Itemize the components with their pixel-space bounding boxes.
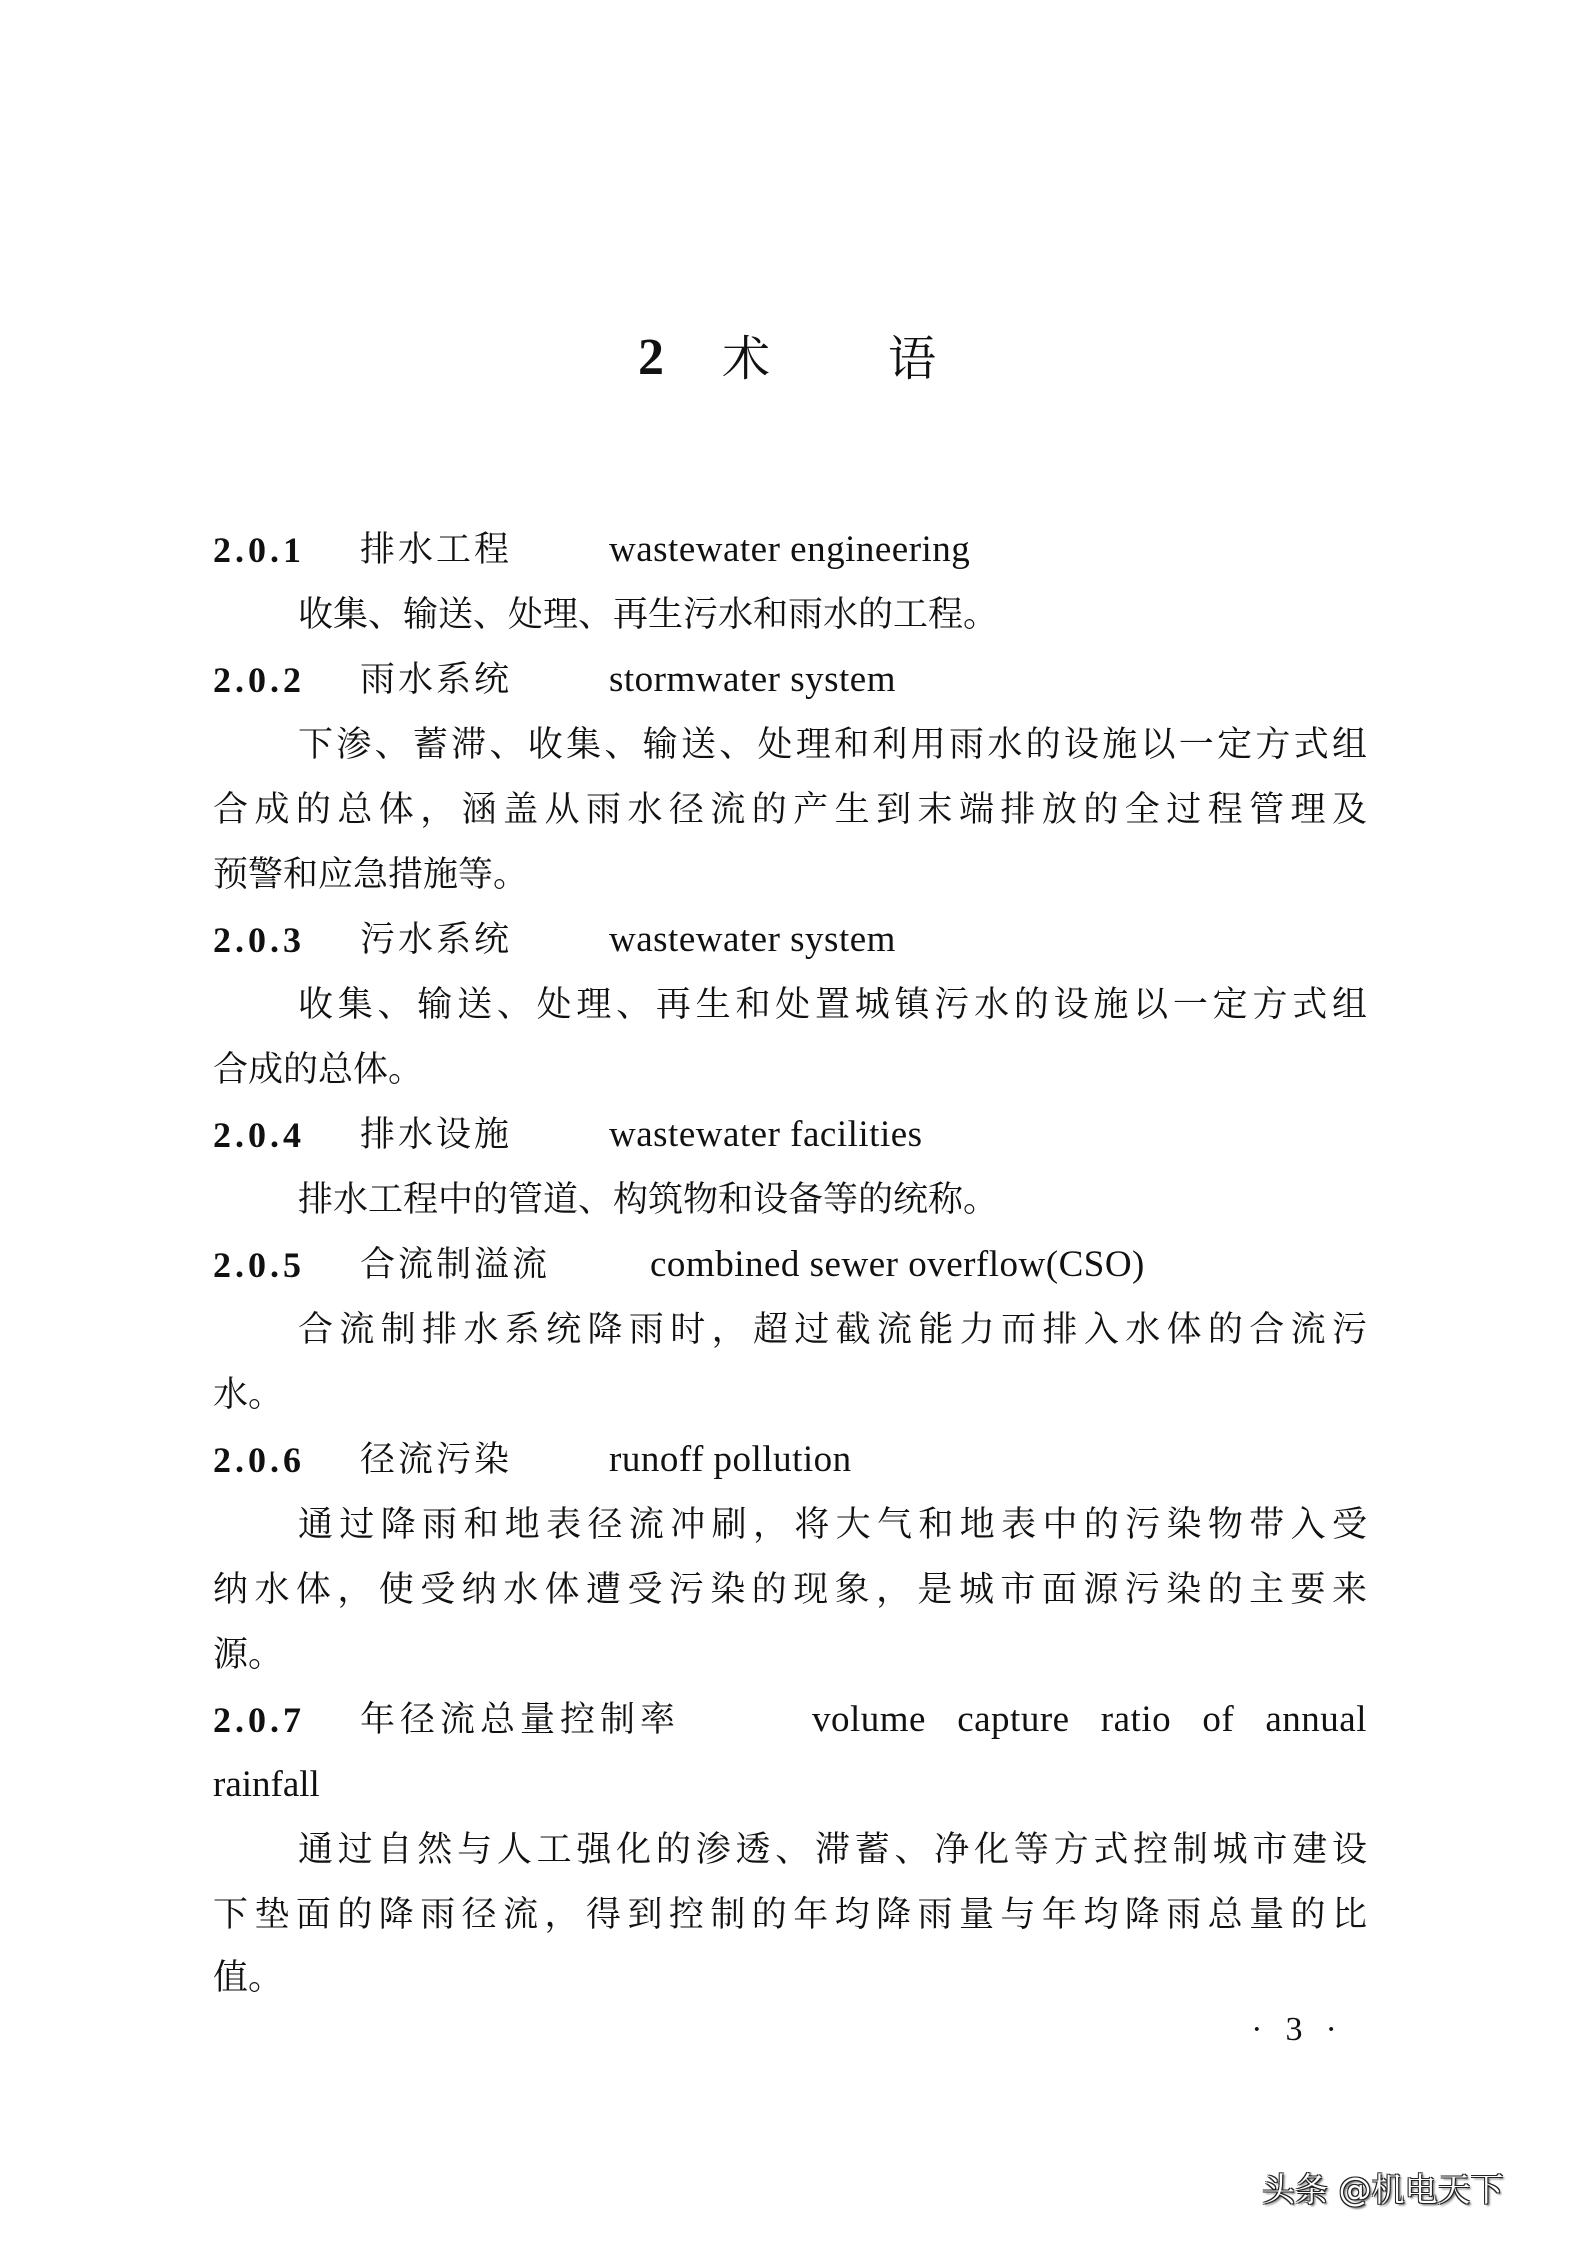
term-chinese: 排水设施 [360,1110,512,1160]
term-number: 2.0.4 [213,1110,305,1160]
term-chinese: 雨水系统 [360,655,512,705]
chapter-title-char-2: 语 [888,332,936,386]
term-heading: 2.0.1 排水工程 wastewater engineering [213,525,1367,575]
term-english: volume capture ratio of annual [812,1695,1367,1745]
term-heading: 2.0.6 径流污染 runoff pollution [213,1435,1367,1485]
term-definition: 预警和应急措施等。 [213,850,1367,900]
term-number: 2.0.1 [213,525,305,575]
term-heading: 2.0.3 污水系统 wastewater system [213,915,1367,965]
term-english: combined sewer overflow(CSO) [650,1240,1145,1290]
term-number: 2.0.6 [213,1435,305,1485]
term-definition: 源。 [213,1630,1367,1680]
term-definition: 通过降雨和地表径流冲刷，将大气和地表中的污染物带入受 [298,1500,1367,1550]
term-definition: 水。 [213,1370,1367,1420]
term-english: stormwater system [609,655,896,705]
term-definition: 下垫面的降雨径流，得到控制的年均降雨量与年均降雨总量的比 [213,1890,1367,1940]
term-english: wastewater engineering [609,525,970,575]
term-heading: 2.0.4 排水设施 wastewater facilities [213,1110,1367,1160]
term-number: 2.0.7 [213,1695,305,1745]
term-english: runoff pollution [609,1435,852,1485]
term-chinese: 年径流总量控制率 [360,1695,680,1745]
term-heading: 2.0.5 合流制溢流 combined sewer overflow(CSO) [213,1240,1367,1290]
page-number: · 3 · [1250,2008,1340,2052]
term-definition: 排水工程中的管道、构筑物和设备等的统称。 [298,1175,1367,1225]
term-definition: 下渗、蓄滞、收集、输送、处理和利用雨水的设施以一定方式组 [298,720,1367,770]
term-definition: 通过自然与人工强化的渗透、滞蓄、净化等方式控制城市建设 [298,1825,1367,1875]
term-definition: 收集、输送、处理、再生和处置城镇污水的设施以一定方式组 [298,980,1367,1030]
chapter-title-char-1: 术 [722,332,770,386]
term-definition: 合流制排水系统降雨时，超过截流能力而排入水体的合流污 [298,1305,1367,1355]
term-english-continued: rainfall [213,1760,1367,1810]
document-page: 2 术 语 2.0.1 排水工程 wastewater engineering … [0,0,1587,2245]
chapter-number: 2 [638,330,664,386]
term-number: 2.0.5 [213,1240,305,1290]
term-heading: 2.0.2 雨水系统 stormwater system [213,655,1367,705]
term-definition: 收集、输送、处理、再生污水和雨水的工程。 [298,590,1367,640]
term-definition: 合成的总体。 [213,1045,1367,1095]
term-chinese: 污水系统 [360,915,512,965]
watermark: 头条 @机电天下 [1262,2165,1504,2215]
term-chinese: 合流制溢流 [360,1240,550,1290]
term-number: 2.0.3 [213,915,305,965]
term-definition: 合成的总体，涵盖从雨水径流的产生到末端排放的全过程管理及 [213,785,1367,835]
term-number: 2.0.2 [213,655,305,705]
term-chinese: 排水工程 [360,525,512,575]
chapter-heading: 2 术 语 [0,330,1587,390]
term-english: wastewater facilities [609,1110,923,1160]
term-chinese: 径流污染 [360,1435,512,1485]
term-definition: 值。 [213,1953,1367,2003]
term-heading: 2.0.7 年径流总量控制率 volume capture ratio of a… [213,1695,1367,1745]
term-english: wastewater system [609,915,896,965]
term-definition: 纳水体，使受纳水体遭受污染的现象，是城市面源污染的主要来 [213,1565,1367,1615]
